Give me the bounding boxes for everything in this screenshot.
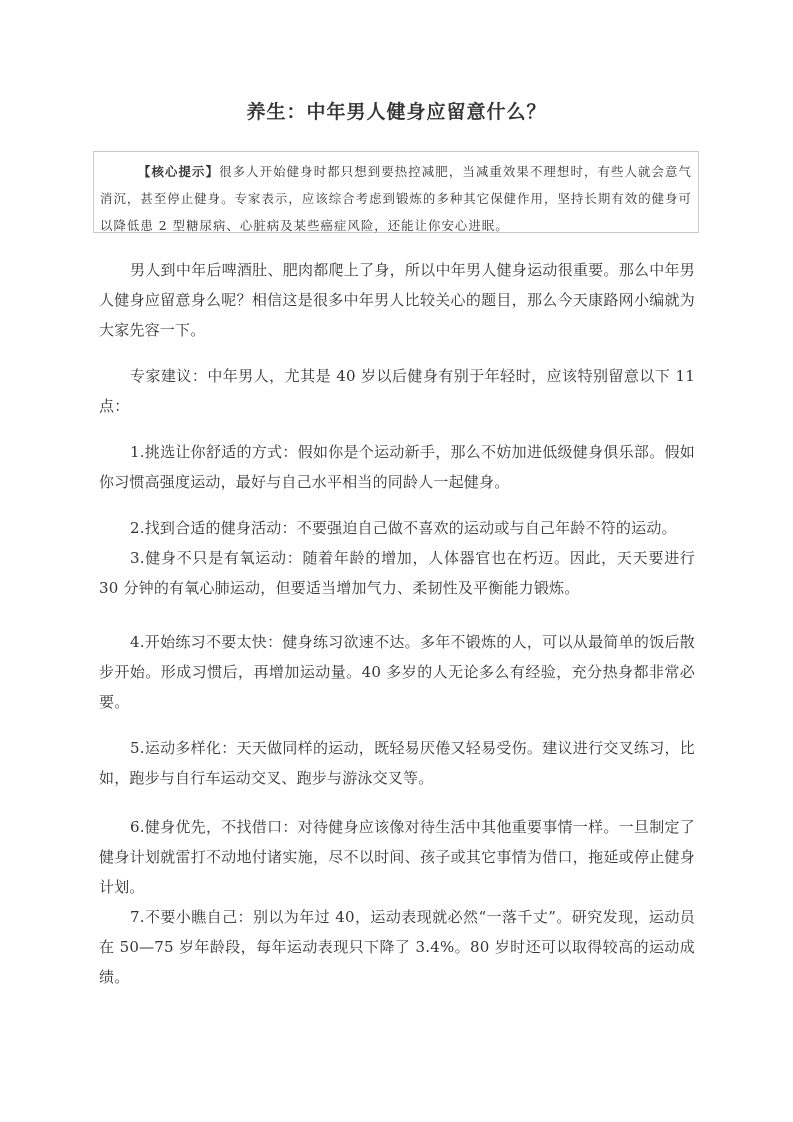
intro-paragraph: 男人到中年后啤酒肚、肥肉都爬上了身，所以中年男人健身运动很重要。那么中年男人健身… [99,255,695,345]
summary-label: 【核心提示】 [138,164,219,179]
tip-3-paragraph: 3.健身不只是有氧运动：随着年龄的增加，人体器官也在朽迈。因此，天天要进行 30… [99,543,695,603]
tip-6-paragraph: 6.健身优先，不找借口：对待健身应该像对待生活中其他重要事情一样。一旦制定了健身… [99,812,695,902]
tip-5-paragraph: 5.运动多样化：天天做同样的运动，既轻易厌倦又轻易受伤。建议进行交叉练习，比如，… [99,733,695,793]
summary-box: 【核心提示】很多人开始健身时都只想到要热控减肥，当减重效果不理想时，有些人就会意… [93,151,699,233]
article-body-tip4: 4.开始练习不要太快：健身练习欲速不达。多年不锻炼的人，可以从最简单的饭后散步开… [99,627,695,717]
article-body: 男人到中年后啤酒肚、肥肉都爬上了身，所以中年男人健身运动很重要。那么中年男人健身… [99,255,695,345]
tip-4-paragraph: 4.开始练习不要太快：健身练习欲速不达。多年不锻炼的人，可以从最简单的饭后散步开… [99,627,695,717]
tip-2-paragraph: 2.找到合适的健身活动：不要强迫自己做不喜欢的运动或与自己年龄不符的运动。 [99,513,695,543]
article-body-tip1: 1.挑选让你舒适的方式：假如你是个运动新手，那么不妨加进低级健身俱乐部。假如你习… [99,437,695,497]
tip-7-paragraph: 7.不要小瞧自己：别以为年过 40，运动表现就必然“一落千丈”。研究发现，运动员… [99,902,695,992]
tip-1-paragraph: 1.挑选让你舒适的方式：假如你是个运动新手，那么不妨加进低级健身俱乐部。假如你习… [99,437,695,497]
expert-advice-paragraph: 专家建议：中年男人，尤其是 40 岁以后健身有别于年轻时，应该特别留意以下 11… [99,361,695,421]
page-title: 养生：中年男人健身应留意什么？ [0,97,793,124]
article-body-tip5: 5.运动多样化：天天做同样的运动，既轻易厌倦又轻易受伤。建议进行交叉练习，比如，… [99,733,695,793]
article-body-tip2-3: 2.找到合适的健身活动：不要强迫自己做不喜欢的运动或与自己年龄不符的运动。 3.… [99,513,695,603]
article-body-expert: 专家建议：中年男人，尤其是 40 岁以后健身有别于年轻时，应该特别留意以下 11… [99,361,695,421]
article-body-tip6-7: 6.健身优先，不找借口：对待健身应该像对待生活中其他重要事情一样。一旦制定了健身… [99,812,695,992]
